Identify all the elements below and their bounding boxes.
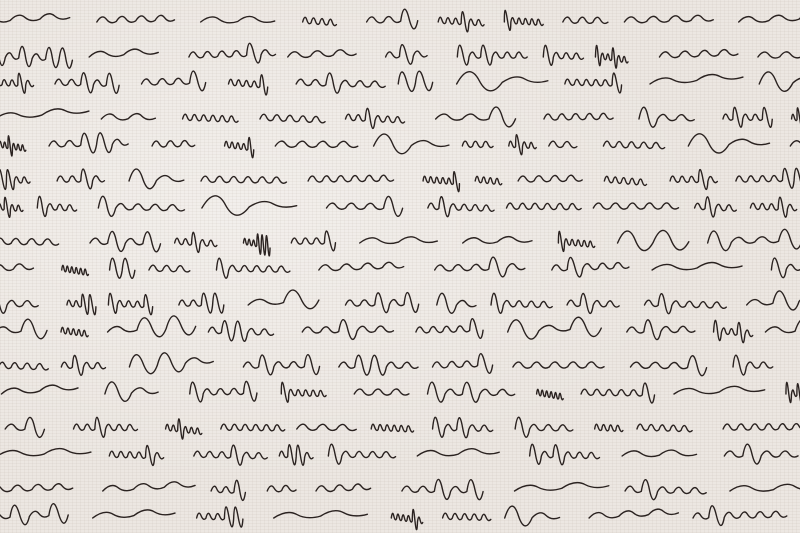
handwritten-paper bbox=[0, 0, 800, 533]
handwriting-strokes bbox=[0, 0, 800, 533]
